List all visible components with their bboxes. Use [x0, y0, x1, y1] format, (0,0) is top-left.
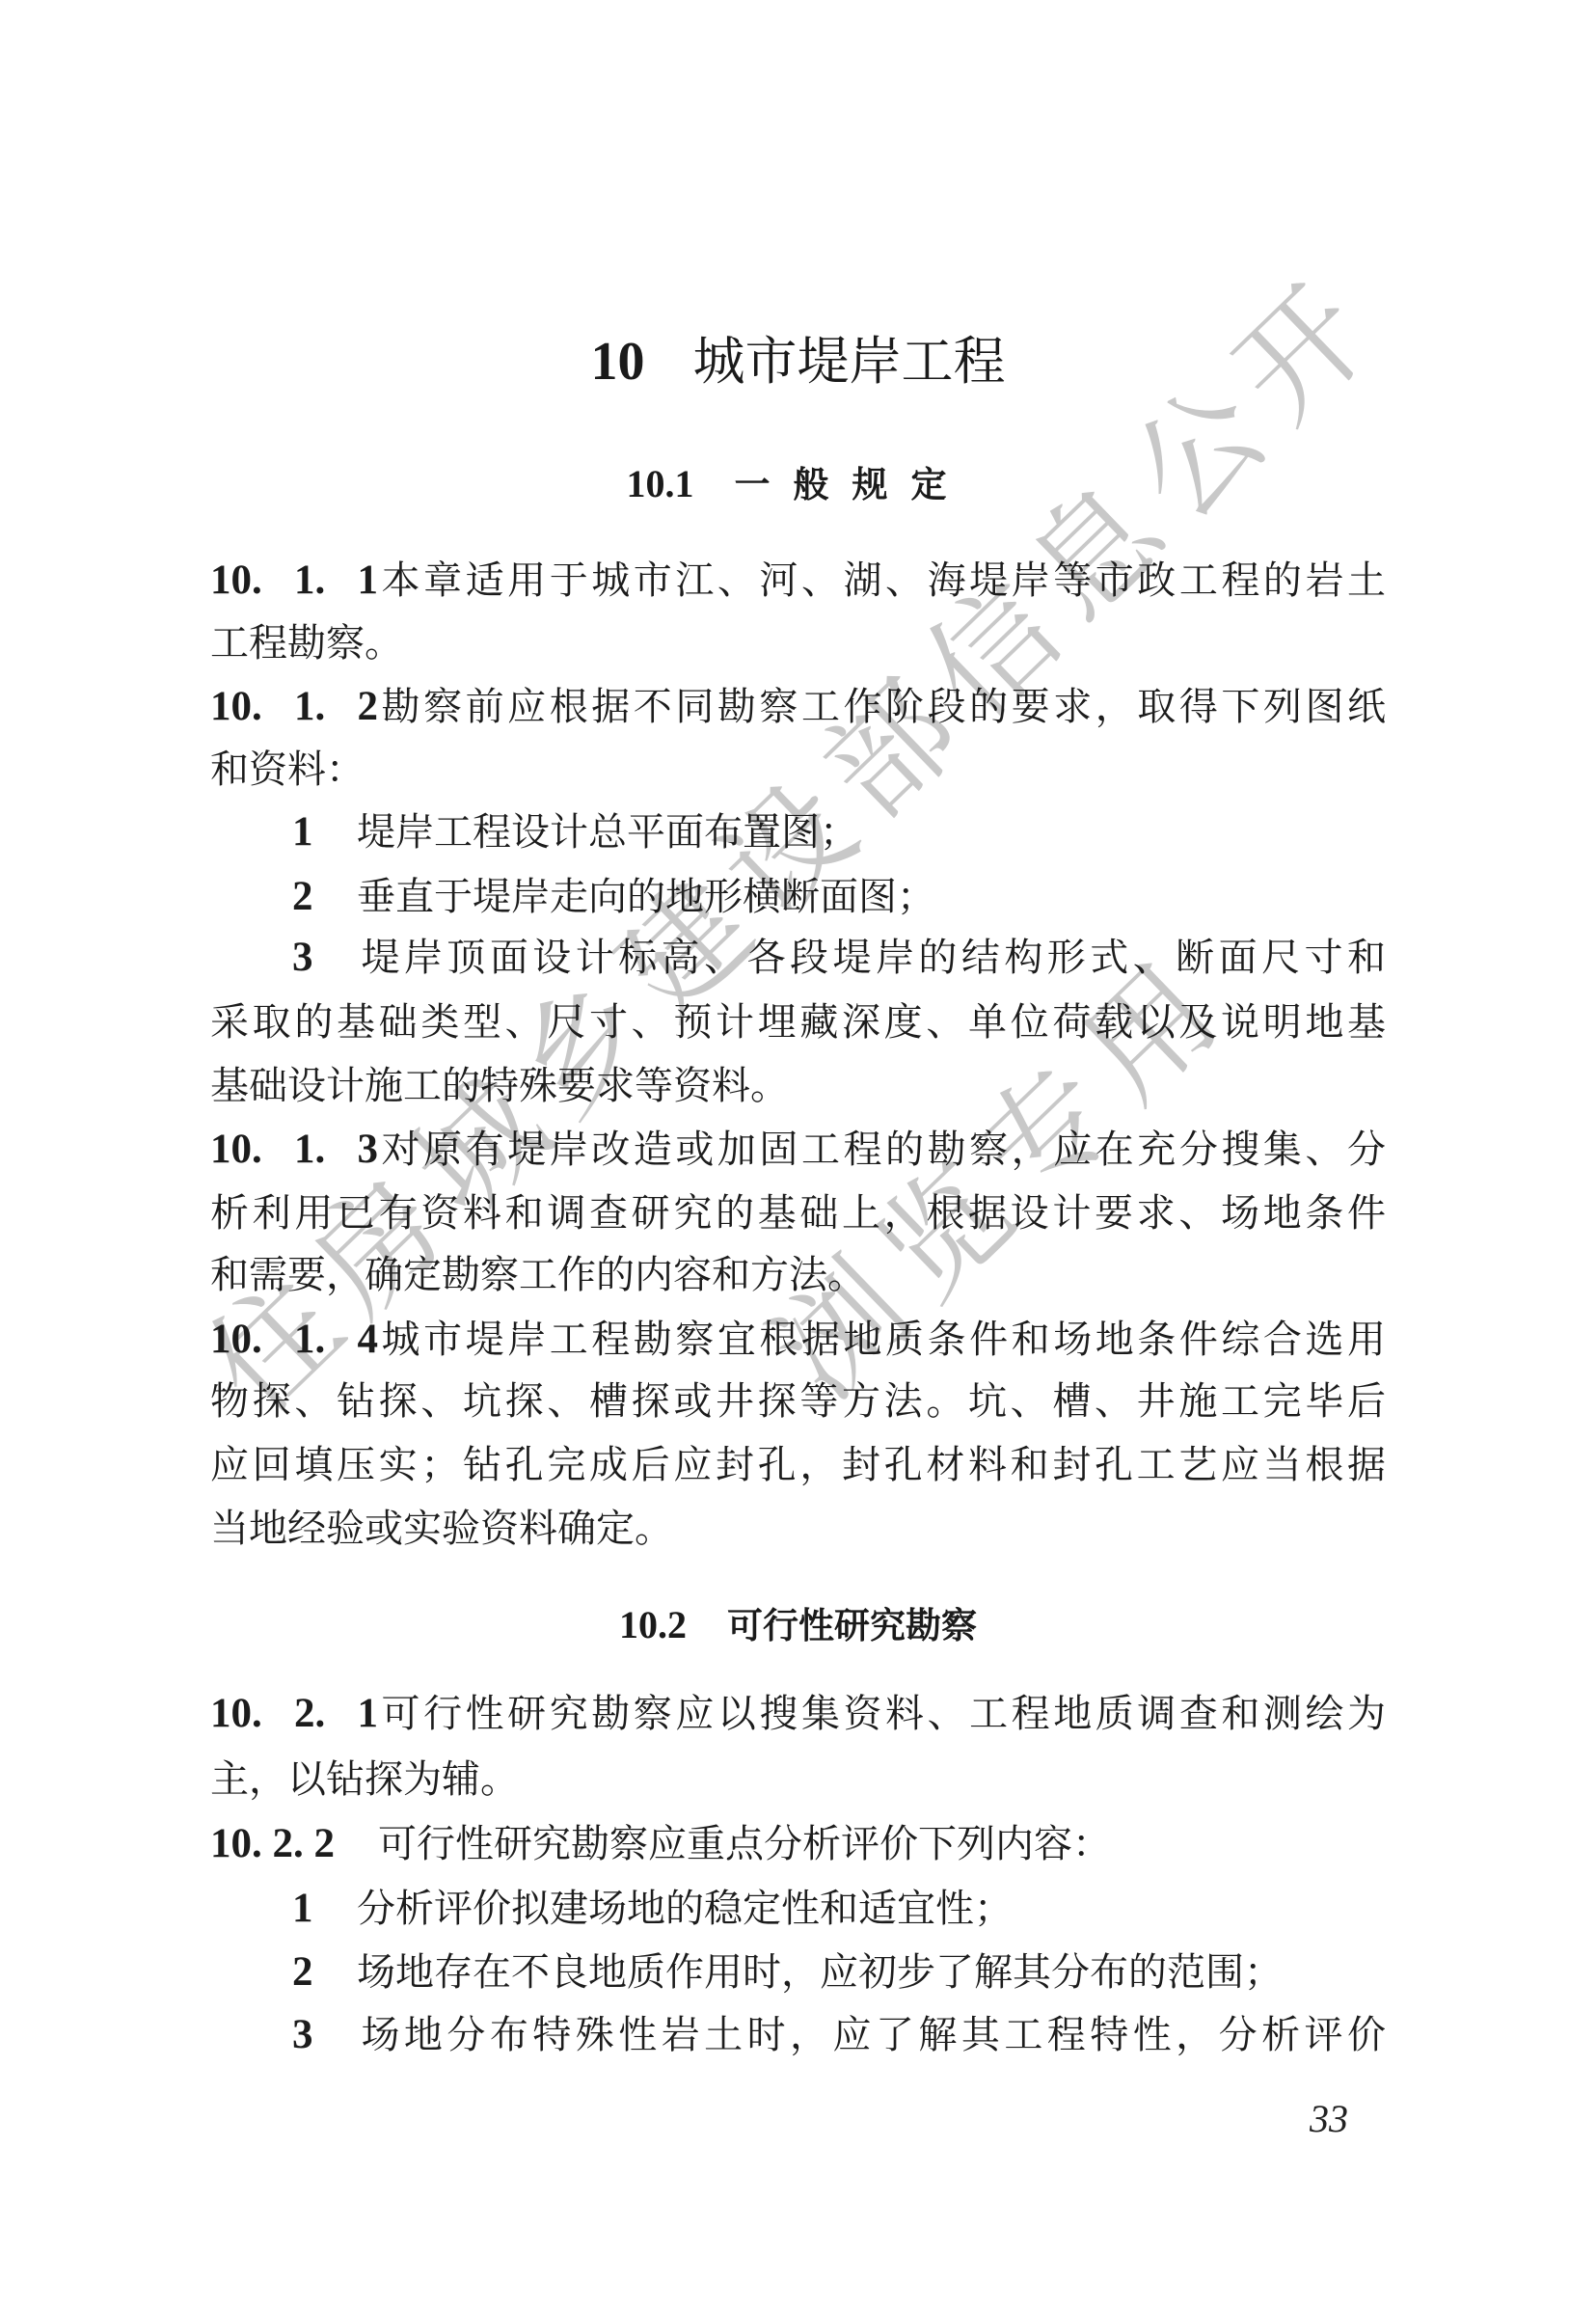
chapter-title-text: 城市堤岸工程 — [693, 331, 1006, 392]
item-number: 2 — [292, 868, 357, 926]
clause-text: 本章适用于城市江、河、湖、海堤岸等市政工程的岩土 — [378, 558, 1386, 603]
list-item-1: 1堤岸工程设计总平面布置图； — [210, 803, 1386, 861]
section-number: 10.1 — [627, 462, 694, 505]
item-text: 堤岸顶面设计标高、各段堤岸的结构形式、断面尺寸和 — [357, 936, 1386, 980]
text-line: 工程勘察。 — [210, 614, 1386, 672]
clause-number: 10. 2. 1 — [210, 1685, 378, 1743]
chapter-number: 10 — [591, 332, 645, 392]
list-item-1: 1分析评价拟建场地的稳定性和适宜性； — [210, 1880, 1386, 1938]
clause-number: 10. 1. 2 — [210, 678, 378, 736]
clause-text: 可行性研究勘察应重点分析评价下列内容： — [378, 1822, 1111, 1866]
chapter-title: 10城市堤岸工程 — [0, 328, 1596, 395]
list-item-2: 2垂直于堤岸走向的地形横断面图； — [210, 868, 1386, 926]
clause-text: 城市堤岸工程勘察宜根据地质条件和场地条件综合选用 — [378, 1318, 1386, 1362]
clause-10-1-1: 10. 1. 1本章适用于城市江、河、湖、海堤岸等市政工程的岩土 — [210, 552, 1386, 610]
clause-text: 可行性研究勘察应以搜集资料、工程地质调查和测绘为 — [378, 1692, 1386, 1736]
text-line: 和需要，确定勘察工作的内容和方法。 — [210, 1246, 1386, 1304]
text-line: 和资料： — [210, 741, 1386, 799]
section-heading-10-1: 10.1一般规定 — [0, 460, 1596, 508]
clause-text: 勘察前应根据不同勘察工作阶段的要求，取得下列图纸 — [378, 685, 1386, 729]
page-number: 33 — [1310, 2098, 1348, 2140]
item-number: 1 — [292, 1880, 357, 1938]
text-line: 基础设计施工的特殊要求等资料。 — [210, 1057, 1386, 1115]
item-text: 分析评价拟建场地的稳定性和适宜性； — [357, 1887, 1013, 1931]
document-page: 住房城乡建设部信息公开 浏览专用 10城市堤岸工程 10.1一般规定 10. 1… — [0, 0, 1596, 2311]
list-item-3: 3堤岸顶面设计标高、各段堤岸的结构形式、断面尺寸和 — [210, 929, 1386, 987]
list-item-2: 2场地存在不良地质作用时，应初步了解其分布的范围； — [210, 1944, 1386, 2001]
clause-10-1-3: 10. 1. 3对原有堤岸改造或加固工程的勘察，应在充分搜集、分 — [210, 1121, 1386, 1179]
clause-number: 10. 2. 2 — [210, 1815, 378, 1873]
section-title: 一般规定 — [735, 464, 970, 505]
section-heading-10-2: 10.2可行性研究勘察 — [0, 1601, 1596, 1649]
item-text: 场地分布特殊性岩土时，应了解其工程特性，分析评价 — [357, 2013, 1386, 2057]
clause-10-2-1: 10. 2. 1可行性研究勘察应以搜集资料、工程地质调查和测绘为 — [210, 1685, 1386, 1743]
clause-text: 对原有堤岸改造或加固工程的勘察，应在充分搜集、分 — [378, 1128, 1386, 1172]
section-number: 10.2 — [619, 1603, 687, 1646]
list-item-3: 3场地分布特殊性岩土时，应了解其工程特性，分析评价 — [210, 2006, 1386, 2064]
item-text: 场地存在不良地质作用时，应初步了解其分布的范围； — [357, 1950, 1283, 1995]
item-text: 垂直于堤岸走向的地形横断面图； — [357, 875, 935, 919]
section-title: 可行性研究勘察 — [727, 1605, 977, 1646]
item-text: 堤岸工程设计总平面布置图； — [357, 810, 858, 855]
text-line: 物探、钻探、坑探、槽探或井探等方法。坑、槽、井施工完毕后 — [210, 1373, 1386, 1430]
clause-number: 10. 1. 3 — [210, 1121, 378, 1179]
item-number: 2 — [292, 1944, 357, 2001]
clause-10-1-2: 10. 1. 2勘察前应根据不同勘察工作阶段的要求，取得下列图纸 — [210, 678, 1386, 736]
clause-10-1-4: 10. 1. 4城市堤岸工程勘察宜根据地质条件和场地条件综合选用 — [210, 1311, 1386, 1369]
item-number: 1 — [292, 803, 357, 861]
text-line: 析利用已有资料和调查研究的基础上，根据设计要求、场地条件 — [210, 1184, 1386, 1242]
clause-number: 10. 1. 1 — [210, 552, 378, 610]
text-line: 当地经验或实验资料确定。 — [210, 1500, 1386, 1558]
item-number: 3 — [292, 929, 357, 987]
text-line: 主，以钻探为辅。 — [210, 1751, 1386, 1808]
item-number: 3 — [292, 2006, 357, 2064]
clause-10-2-2: 10. 2. 2可行性研究勘察应重点分析评价下列内容： — [210, 1815, 1386, 1873]
text-line: 采取的基础类型、尺寸、预计埋藏深度、单位荷载以及说明地基 — [210, 993, 1386, 1051]
clause-number: 10. 1. 4 — [210, 1311, 378, 1369]
text-line: 应回填压实；钻孔完成后应封孔，封孔材料和封孔工艺应当根据 — [210, 1436, 1386, 1494]
